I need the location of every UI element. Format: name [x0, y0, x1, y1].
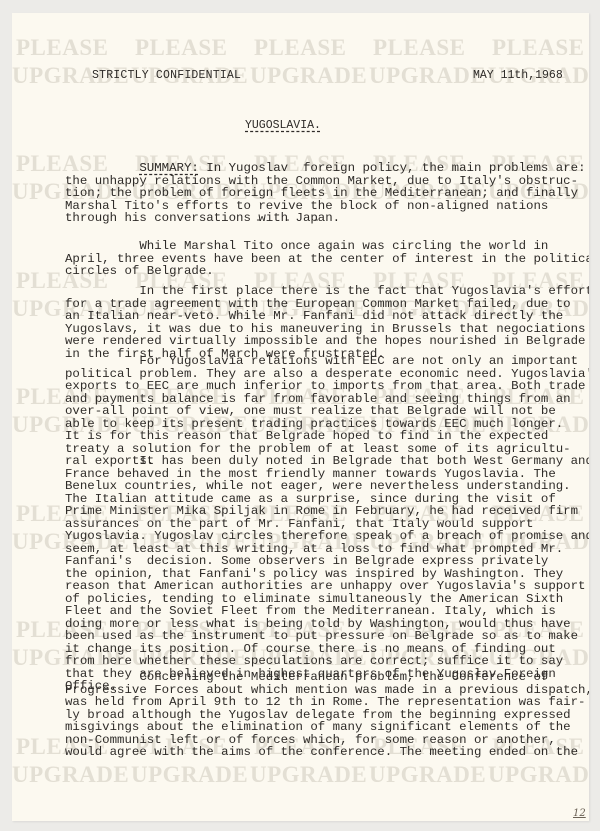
paragraph-line: Benelux countries, while not eager, were… [65, 480, 571, 493]
paragraph-line: misgivings about the elimination of many… [65, 721, 571, 734]
paragraph-line: exports to EEC are much inferior to impo… [65, 380, 586, 393]
paragraph-line: would agree with the aims of the confere… [65, 746, 578, 759]
paragraph-line: Concerning the Mediterranean problem, th… [65, 671, 548, 684]
section-separator: - - - [255, 213, 320, 227]
paragraph-line: Yugoslavia. Yugoslav circles therefore s… [65, 530, 589, 543]
paragraph-line: been used as the instrument to put press… [65, 630, 578, 643]
paragraph-line: While Marshal Tito once again was circli… [65, 240, 548, 253]
paragraph-line: circles of Belgrade. [65, 265, 214, 278]
document-page: PLEASEPLEASEPLEASEPLEASEPLEASEUPGRADEUPG… [12, 13, 589, 821]
paragraph-line: an Italian near-veto. While Mr. Fanfani … [65, 310, 563, 323]
paragraph-line: Fanfani's decision. Some observers in Be… [65, 555, 548, 568]
document-title: YUGOSLAVIA. [245, 119, 321, 132]
document-content: STRICTLY CONFIDENTIAL MAY 11th,1968 YUGO… [12, 13, 589, 821]
paragraph-line: was held from April 9th to 12 th in Rome… [65, 696, 586, 709]
summary-line: tion; the problem of foreign fleets in t… [65, 187, 578, 200]
paragraph-line: For Yugoslavia relations with EEC are no… [65, 355, 578, 368]
paragraph-line: from here whether these speculations are… [65, 655, 563, 668]
paragraph-line: were rendered virtually impossible and t… [65, 335, 586, 348]
handwritten-page-number: 12 [573, 808, 586, 819]
paragraph-line: Fleet and the Soviet Fleet from the Medi… [65, 605, 556, 618]
paragraph-line: Prime Minister Mika Spiljak in Rome in F… [65, 505, 578, 518]
paragraph-line: In the first place there is the fact tha… [65, 285, 589, 298]
summary-line: SUMMARY: In Yugoslav foreign policy, the… [65, 162, 586, 175]
classification-label: STRICTLY CONFIDENTIAL [92, 69, 241, 82]
paragraph-line: It has been duly noted in Belgrade that … [65, 455, 589, 468]
document-date: MAY 11th,1968 [473, 69, 563, 82]
summary-label: SUMMARY: [139, 161, 199, 175]
paragraph-line: It is for this reason that Belgrade hope… [65, 430, 548, 443]
paragraph-line: reason that American authorities are unh… [65, 580, 586, 593]
paragraph-line: over-all point of view, one must realize… [65, 405, 556, 418]
